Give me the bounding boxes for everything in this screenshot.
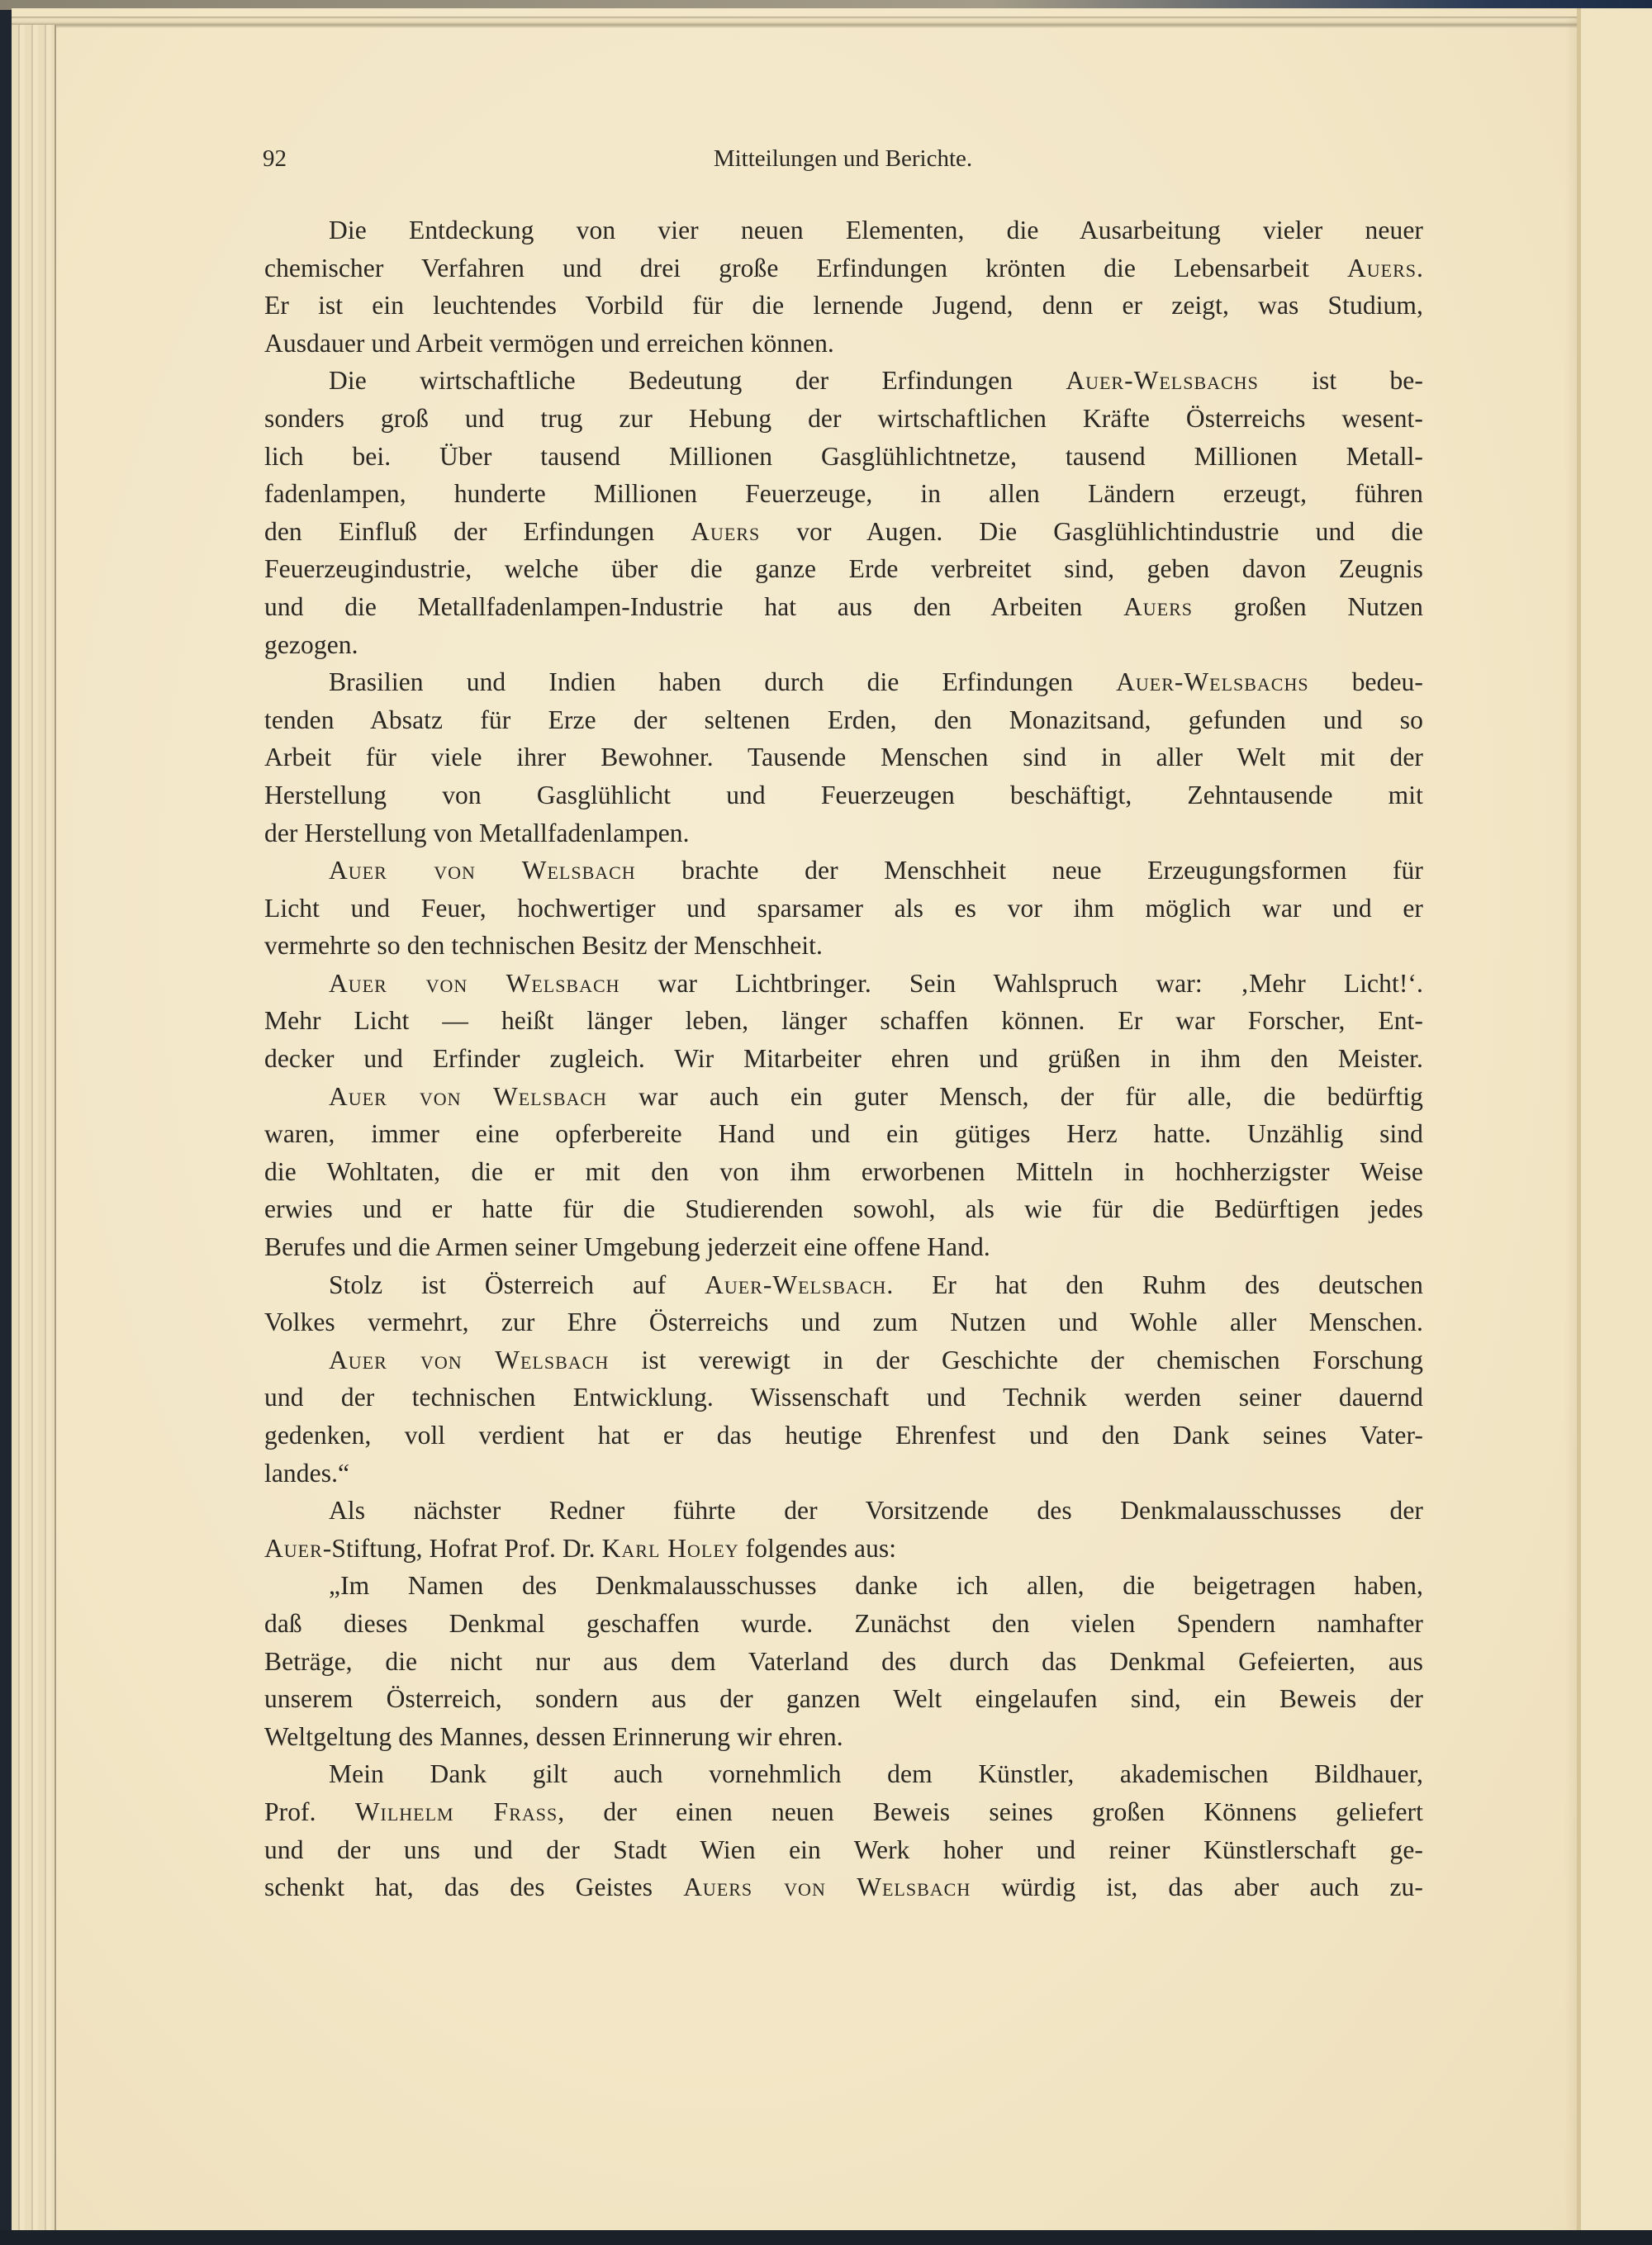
text-run: Feuerzeugindustrie, welche über die ganz…	[264, 554, 1423, 583]
text-run: Arbeit für viele ihrer Bewohner. Tausend…	[264, 743, 1423, 771]
facing-page-edge	[1577, 8, 1652, 2232]
text-line: tenden Absatz für Erze der seltenen Erde…	[264, 701, 1423, 739]
running-title: Mitteilungen und Berichte.	[263, 145, 1423, 173]
text-run: Prof.	[264, 1797, 355, 1826]
text-line: Beträge, die nicht nur aus dem Vaterland…	[264, 1643, 1423, 1681]
text-line: die Wohltaten, die er mit den von ihm er…	[264, 1153, 1423, 1191]
text-line: Stolz ist Österreich auf Auer-Welsbach. …	[264, 1266, 1423, 1304]
text-run: Beträge, die nicht nur aus dem Vaterland…	[264, 1647, 1423, 1676]
text-run: schenkt hat, das des Geistes	[264, 1872, 683, 1901]
text-run: -Stiftung, Hofrat Prof. Dr.	[323, 1534, 602, 1563]
text-line: Auer-Stiftung, Hofrat Prof. Dr. Karl Hol…	[264, 1530, 1423, 1568]
text-line: erwies und er hatte für die Studierenden…	[264, 1190, 1423, 1228]
text-line: Als nächster Redner führte der Vorsitzen…	[264, 1492, 1423, 1530]
text-run: Die wirtschaftliche Bedeutung der Erfind…	[329, 366, 1066, 395]
text-line: Auer von Welsbach war auch ein guter Men…	[264, 1078, 1423, 1116]
text-line: daß dieses Denkmal geschaffen wurde. Zun…	[264, 1605, 1423, 1643]
text-line: Licht und Feuer, hochwertiger und sparsa…	[264, 890, 1423, 928]
small-caps-name: Auer von Welsbach	[329, 969, 620, 998]
text-run: decker und Erfinder zugleich. Wir Mitarb…	[264, 1044, 1423, 1073]
small-caps-name: Auers	[1123, 592, 1193, 621]
text-run: die Wohltaten, die er mit den von ihm er…	[264, 1157, 1423, 1186]
text-run: daß dieses Denkmal geschaffen wurde. Zun…	[264, 1609, 1423, 1638]
text-run: . Er hat den Ruhm des deutschen	[886, 1270, 1423, 1299]
small-caps-name: Auers	[1347, 254, 1417, 282]
text-run: Licht und Feuer, hochwertiger und sparsa…	[264, 894, 1423, 923]
text-line: unserem Österreich, sondern aus der ganz…	[264, 1680, 1423, 1718]
text-run: Volkes vermehrt, zur Ehre Österreichs un…	[264, 1308, 1423, 1336]
small-caps-name: Auer-Welsbachs	[1116, 667, 1308, 696]
text-run: lich bei. Über tausend Millionen Gasglüh…	[264, 442, 1423, 471]
text-line: Mein Dank gilt auch vornehmlich dem Küns…	[264, 1755, 1423, 1793]
text-line: der Herstellung von Metallfadenlampen.	[264, 814, 1423, 852]
small-caps-name: Auer	[264, 1534, 323, 1563]
text-run: unserem Österreich, sondern aus der ganz…	[264, 1684, 1423, 1713]
text-line: decker und Erfinder zugleich. Wir Mitarb…	[264, 1040, 1423, 1078]
text-line: und der uns und der Stadt Wien ein Werk …	[264, 1831, 1423, 1869]
text-run: .	[1417, 254, 1423, 282]
text-line: waren, immer eine opferbereite Hand und …	[264, 1115, 1423, 1153]
text-run: der Herstellung von Metallfadenlampen.	[264, 819, 690, 847]
page-stack-top	[12, 17, 1577, 28]
text-line: Weltgeltung des Mannes, dessen Erinnerun…	[264, 1718, 1423, 1756]
small-caps-name: Auers	[691, 517, 760, 546]
running-head: 92 Mitteilungen und Berichte.	[263, 145, 1423, 178]
text-line: „Im Namen des Denkmalausschusses danke i…	[264, 1567, 1423, 1605]
text-run: Als nächster Redner führte der Vorsitzen…	[329, 1496, 1423, 1525]
text-run: waren, immer eine opferbereite Hand und …	[264, 1119, 1423, 1148]
text-line: Prof. Wilhelm Frass, der einen neuen Bew…	[264, 1793, 1423, 1831]
text-run: ist verewigt in der Geschichte der chemi…	[609, 1346, 1423, 1374]
small-caps-name: Auer-Welsbach	[705, 1270, 886, 1299]
text-line: vermehrte so den technischen Besitz der …	[264, 927, 1423, 965]
small-caps-name: Wilhelm Frass	[355, 1797, 558, 1826]
text-run: Er ist ein leuchtendes Vorbild für die l…	[264, 291, 1423, 320]
text-line: Auer von Welsbach ist verewigt in der Ge…	[264, 1341, 1423, 1379]
text-run: , der einen neuen Beweis seines großen K…	[558, 1797, 1423, 1826]
text-line: lich bei. Über tausend Millionen Gasglüh…	[264, 438, 1423, 476]
text-line: Brasilien und Indien haben durch die Erf…	[264, 663, 1423, 701]
text-line: chemischer Verfahren und drei große Erfi…	[264, 249, 1423, 287]
text-line: den Einfluß der Erfindungen Auers vor Au…	[264, 513, 1423, 551]
text-run: und die Metallfadenlampen-Industrie hat …	[264, 592, 1123, 621]
text-line: Auer von Welsbach war Lichtbringer. Sein…	[264, 965, 1423, 1003]
text-run: Weltgeltung des Mannes, dessen Erinnerun…	[264, 1722, 843, 1751]
text-line: Die Entdeckung von vier neuen Elementen,…	[264, 211, 1423, 249]
small-caps-name: Auer-Welsbachs	[1066, 366, 1258, 395]
small-caps-name: Auers von Welsbach	[683, 1872, 971, 1901]
text-line: fadenlampen, hunderte Millionen Feuerzeu…	[264, 475, 1423, 513]
text-line: Ausdauer und Arbeit vermögen und erreich…	[264, 325, 1423, 363]
text-run: erwies und er hatte für die Studierenden…	[264, 1194, 1423, 1223]
text-line: Volkes vermehrt, zur Ehre Österreichs un…	[264, 1303, 1423, 1341]
text-run: war auch ein guter Mensch, der für alle,…	[607, 1082, 1423, 1111]
text-run: sonders groß und trug zur Hebung der wir…	[264, 404, 1423, 433]
small-caps-name: Auer von Welsbach	[329, 856, 636, 885]
body-text: Die Entdeckung von vier neuen Elementen,…	[264, 211, 1423, 1906]
text-run: großen Nutzen	[1193, 592, 1423, 621]
text-run: chemischer Verfahren und drei große Erfi…	[264, 254, 1347, 282]
text-run: ist be-	[1259, 366, 1423, 395]
small-caps-name: Karl Holey	[602, 1534, 739, 1563]
text-line: Herstellung von Gasglühlicht und Feuerze…	[264, 776, 1423, 814]
text-line: schenkt hat, das des Geistes Auers von W…	[264, 1868, 1423, 1906]
text-run: gedenken, voll verdient hat er das heuti…	[264, 1421, 1423, 1450]
text-run: vor Augen. Die Gasglühlichtindustrie und…	[760, 517, 1423, 546]
text-line: Die wirtschaftliche Bedeutung der Erfind…	[264, 362, 1423, 400]
text-run: Brasilien und Indien haben durch die Erf…	[329, 667, 1116, 696]
text-run: Mehr Licht — heißt länger leben, länger …	[264, 1006, 1423, 1035]
text-run: war Lichtbringer. Sein Wahlspruch war: ‚…	[620, 969, 1423, 998]
text-line: Feuerzeugindustrie, welche über die ganz…	[264, 550, 1423, 588]
text-line: landes.“	[264, 1455, 1423, 1493]
text-run: folgendes aus:	[739, 1534, 896, 1563]
small-caps-name: Auer von Welsbach	[329, 1082, 607, 1111]
text-run: und der uns und der Stadt Wien ein Werk …	[264, 1835, 1423, 1864]
small-caps-name: Auer von Welsbach	[329, 1346, 609, 1374]
text-line: gezogen.	[264, 626, 1423, 664]
text-run: würdig ist, das aber auch zu-	[971, 1872, 1423, 1901]
text-run: gezogen.	[264, 630, 358, 659]
text-run: landes.“	[264, 1459, 349, 1488]
text-run: fadenlampen, hunderte Millionen Feuerzeu…	[264, 479, 1423, 508]
text-run: und der technischen Entwicklung. Wissens…	[264, 1383, 1423, 1412]
text-line: Berufes und die Armen seiner Umgebung je…	[264, 1228, 1423, 1266]
text-line: und die Metallfadenlampen-Industrie hat …	[264, 588, 1423, 626]
text-run: brachte der Menschheit neue Erzeugungsfo…	[636, 856, 1423, 885]
text-line: Er ist ein leuchtendes Vorbild für die l…	[264, 287, 1423, 325]
page-stack-left	[12, 25, 56, 2238]
text-run: Berufes und die Armen seiner Umgebung je…	[264, 1232, 990, 1261]
text-line: Arbeit für viele ihrer Bewohner. Tausend…	[264, 738, 1423, 776]
text-run: Ausdauer und Arbeit vermögen und erreich…	[264, 329, 834, 358]
text-run: tenden Absatz für Erze der seltenen Erde…	[264, 705, 1423, 734]
text-run: „Im Namen des Denkmalausschusses danke i…	[329, 1571, 1423, 1600]
text-run: Stolz ist Österreich auf	[329, 1270, 705, 1299]
text-run: Herstellung von Gasglühlicht und Feuerze…	[264, 781, 1423, 809]
text-line: sonders groß und trug zur Hebung der wir…	[264, 400, 1423, 438]
text-run: bedeu-	[1309, 667, 1423, 696]
text-line: und der technischen Entwicklung. Wissens…	[264, 1379, 1423, 1417]
book-bottom-edge	[0, 2230, 1652, 2245]
text-line: Auer von Welsbach brachte der Menschheit…	[264, 852, 1423, 890]
text-line: Mehr Licht — heißt länger leben, länger …	[264, 1002, 1423, 1040]
text-run: vermehrte so den technischen Besitz der …	[264, 931, 823, 960]
text-run: den Einfluß der Erfindungen	[264, 517, 691, 546]
text-run: Die Entdeckung von vier neuen Elementen,…	[329, 216, 1423, 244]
text-line: gedenken, voll verdient hat er das heuti…	[264, 1417, 1423, 1455]
text-run: Mein Dank gilt auch vornehmlich dem Küns…	[329, 1759, 1423, 1788]
